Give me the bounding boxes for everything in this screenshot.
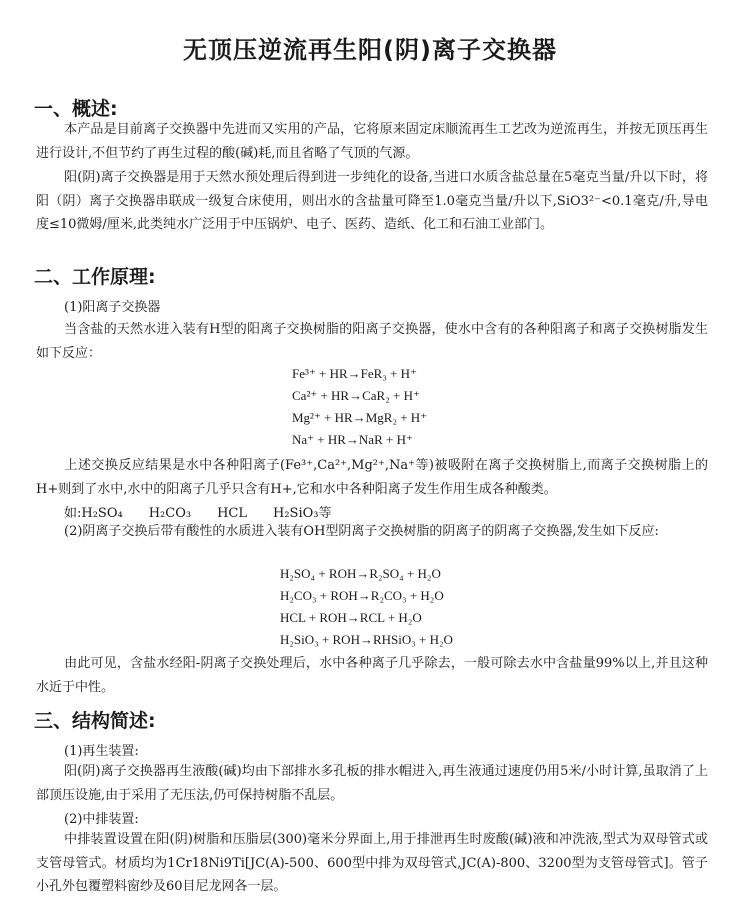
paragraph-text: 阳(阴)离子交换器再生液酸(碱)均由下部排水多孔板的排水帽进入,再生液通过速度仍… [36,764,708,803]
middle-drain-text: 中排装置设置在阳(阴)树脂和压脂层(300)毫米分界面上,用于排泄再生时废酸(碱… [36,828,708,899]
paragraph-text: 上述交换反应结果是水中各种阳离子(Fe³⁺,Ca²⁺,Mg²⁺,Na⁺等)被吸附… [36,458,708,497]
middle-drain-label: (2)中排装置: [64,808,139,827]
section-heading-structure: 三、结构简述: [34,706,156,733]
paragraph-text: 由此可见，含盐水经阳-阴离子交换处理后，水中各种离子几乎除去，一般可除去水中含盐… [36,656,708,695]
principle-conclusion: 由此可见，含盐水经阳-阴离子交换处理后，水中各种离子几乎除去，一般可除去水中含盐… [36,652,708,699]
cation-equation: Ca²⁺ + HR→CaR₂ + H⁺ [292,388,420,404]
anion-equation: H₂SiO₃ + ROH→RHSiO₃ + H₂O [280,632,453,648]
paragraph-text: 当含盐的天然水进入装有H型的阳离子交换树脂的阳离子交换器，使水中含有的各种阳离子… [36,322,708,361]
acids-list: 如:H₂SO₄ H₂CO₃ HCL H₂SiO₃等 [64,502,331,521]
regeneration-device-label: (1)再生装置: [64,740,139,759]
anion-intro: (2)阴离子交换后带有酸性的水质进入装有OH型阴离子交换树脂的阴离子的阴离子交换… [36,520,708,544]
cation-equation: Na⁺ + HR→NaR + H⁺ [292,432,413,448]
cation-exchanger-label: (1)阳离子交换器 [64,296,160,315]
cation-equation: Fe³⁺ + HR→FeR₃ + H⁺ [292,366,417,382]
cation-result: 上述交换反应结果是水中各种阳离子(Fe³⁺,Ca²⁺,Mg²⁺,Na⁺等)被吸附… [36,454,708,501]
cation-intro: 当含盐的天然水进入装有H型的阳离子交换树脂的阳离子交换器，使水中含有的各种阳离子… [36,318,708,365]
document-title: 无顶压逆流再生阳(阴)离子交换器 [0,30,740,65]
anion-equation: H₂SO₄ + ROH→R₂SO₄ + H₂O [280,566,441,582]
paragraph-text: 阳(阴)离子交换器是用于天然水预处理后得到进一步纯化的设备,当进口水质含盐总量在… [36,170,708,232]
overview-paragraph-1: 本产品是目前离子交换器中先进而又实用的产品，它将原来固定床顺流再生工艺改为逆流再… [36,118,708,165]
paragraph-text: 本产品是目前离子交换器中先进而又实用的产品，它将原来固定床顺流再生工艺改为逆流再… [36,122,708,161]
anion-equation: H₂CO₃ + ROH→R₂CO₃ + H₂O [280,588,444,604]
regeneration-device-text: 阳(阴)离子交换器再生液酸(碱)均由下部排水多孔板的排水帽进入,再生液通过速度仍… [36,760,708,807]
anion-equation: HCL + ROH→RCL + H₂O [280,610,422,626]
paragraph-text: 中排装置设置在阳(阴)树脂和压脂层(300)毫米分界面上,用于排泄再生时废酸(碱… [36,832,708,894]
section-heading-overview: 一、概述: [34,94,118,121]
paragraph-text: (2)阴离子交换后带有酸性的水质进入装有OH型阴离子交换树脂的阴离子的阴离子交换… [64,524,659,539]
cation-equation: Mg²⁺ + HR→MgR₂ + H⁺ [292,410,427,426]
section-heading-principle: 二、工作原理: [34,262,156,289]
overview-paragraph-2: 阳(阴)离子交换器是用于天然水预处理后得到进一步纯化的设备,当进口水质含盐总量在… [36,166,708,237]
